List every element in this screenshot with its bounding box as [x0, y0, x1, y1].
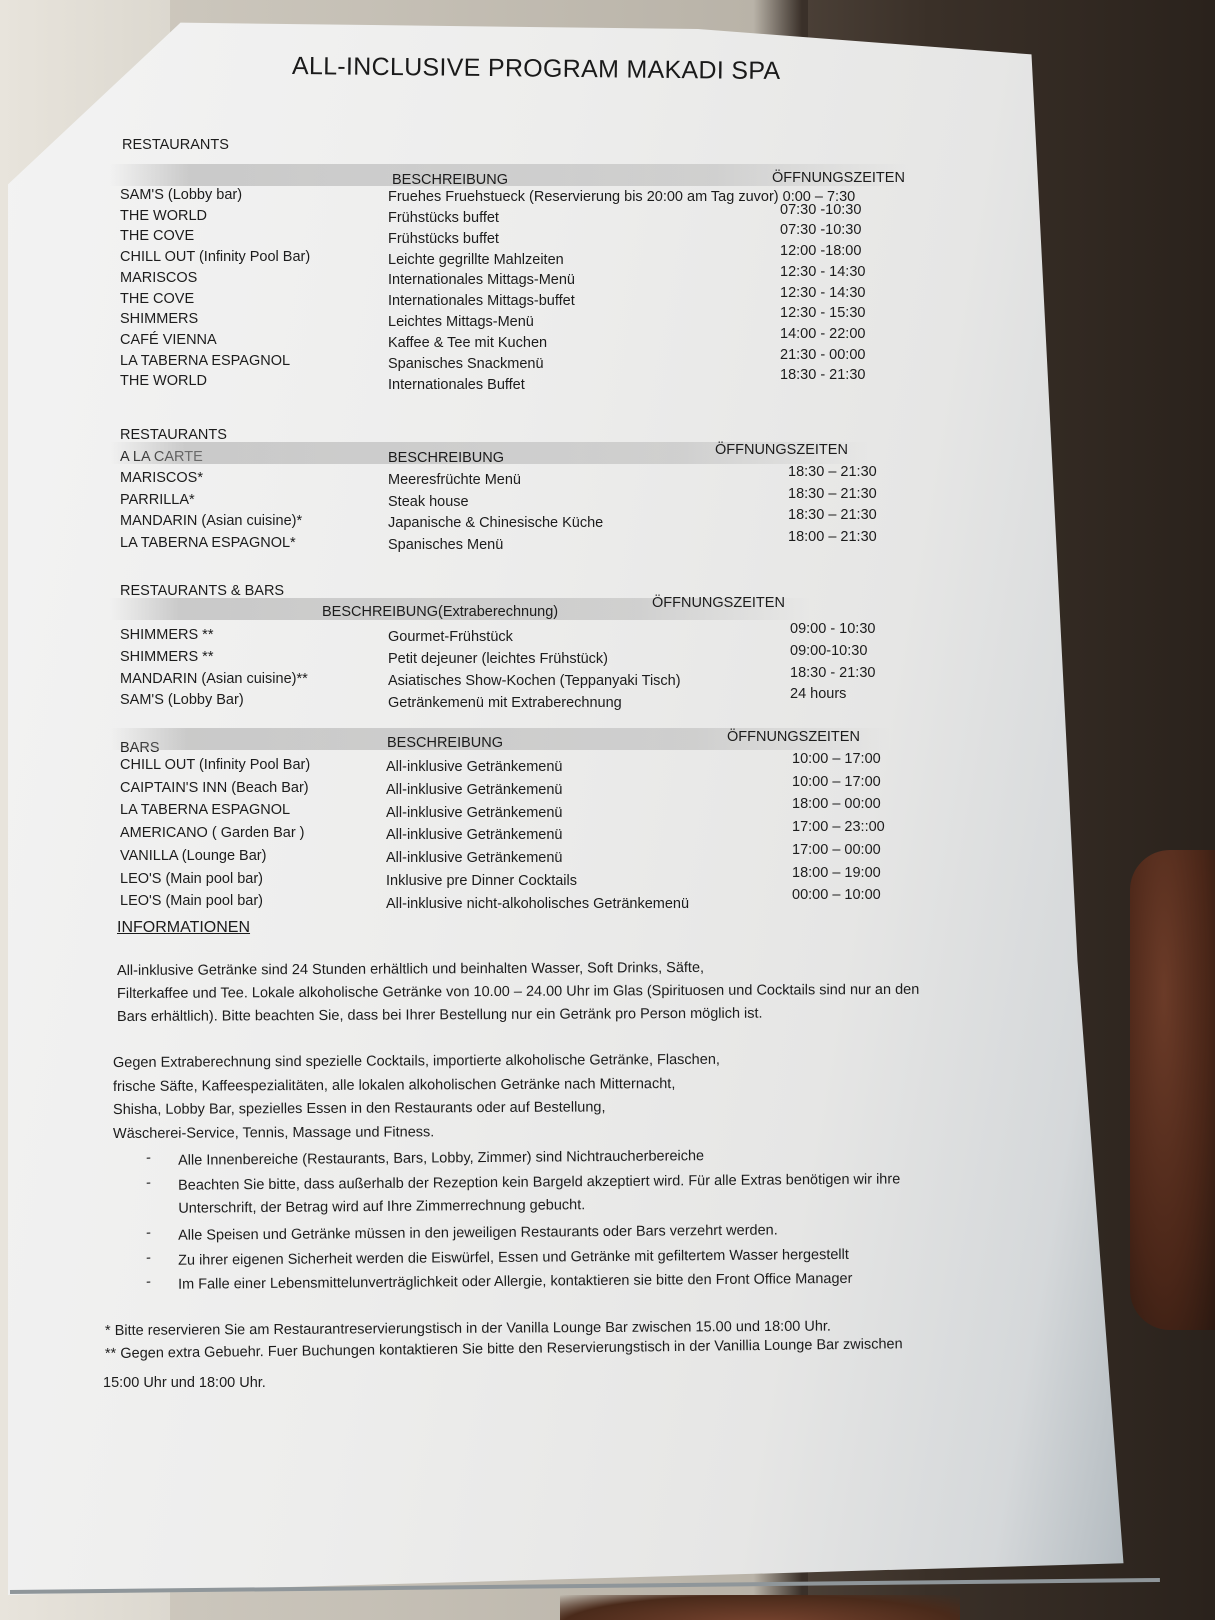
- venue-description: Spanisches Snackmenü: [388, 356, 544, 372]
- venue-description: All-inklusive nicht-alkoholisches Geträn…: [386, 896, 689, 912]
- opening-hours: 17:00 – 23::00: [792, 819, 885, 835]
- venue-description: Inklusive pre Dinner Cocktails: [386, 873, 577, 889]
- venue-description: Leichte gegrillte Mahlzeiten: [388, 252, 564, 268]
- venue-description: Japanische & Chinesische Küche: [388, 515, 603, 531]
- venue-name: LEO'S (Main pool bar): [120, 893, 263, 909]
- document-title: ALL-INCLUSIVE PROGRAM MAKADI SPA: [292, 52, 781, 86]
- opening-hours: 14:00 - 22:00: [780, 326, 865, 342]
- table-row: PARRILLA*Steak house18:30 – 21:30: [0, 492, 1215, 512]
- table-row: THE WORLDFrühstücks buffet07:30 -10:30: [0, 208, 1215, 228]
- text-line: Bars erhältlich). Bitte beachten Sie, da…: [117, 1003, 763, 1029]
- opening-hours: 09:00-10:30: [790, 643, 867, 659]
- table-row: SAM'S (Lobby bar)Fruehes Fruehstueck (Re…: [0, 187, 1215, 207]
- bullet-text: Unterschrift, der Betrag wird auf Ihre Z…: [178, 1194, 585, 1221]
- document: ALL-INCLUSIVE PROGRAM MAKADI SPA RESTAUR…: [0, 0, 1215, 1620]
- section-1-col-hours: ÖFFNUNGSZEITEN: [772, 170, 905, 186]
- opening-hours: 18:30 – 21:30: [788, 464, 877, 480]
- bullet-text: Im Falle einer Lebensmittelunverträglich…: [178, 1268, 853, 1297]
- text-line: frische Säfte, Kaffeespezialitäten, alle…: [113, 1073, 675, 1099]
- opening-hours: 00:00 – 10:00: [792, 887, 881, 903]
- section-4-col-hours: ÖFFNUNGSZEITEN: [727, 729, 860, 745]
- opening-hours: 10:00 – 17:00: [792, 751, 881, 767]
- opening-hours: 12:30 - 14:30: [780, 285, 865, 301]
- venue-description: Leichtes Mittags-Menü: [388, 314, 534, 330]
- table-row: VANILLA (Lounge Bar)All-inklusive Geträn…: [0, 848, 1215, 868]
- table-row: LEO'S (Main pool bar)All-inklusive nicht…: [0, 893, 1215, 913]
- opening-hours: 12:30 - 15:30: [780, 305, 865, 321]
- table-row: AMERICANO ( Garden Bar )All-inklusive Ge…: [0, 825, 1215, 845]
- table-row: LA TABERNA ESPAGNOLAll-inklusive Getränk…: [0, 802, 1215, 822]
- venue-description: Gourmet-Frühstück: [388, 629, 513, 645]
- venue-name: MANDARIN (Asian cuisine)*: [120, 513, 302, 529]
- text-line: Filterkaffee und Tee. Lokale alkoholisch…: [117, 979, 919, 1006]
- opening-hours: 18:00 – 00:00: [792, 796, 881, 812]
- venue-description: Frühstücks buffet: [388, 231, 499, 247]
- venue-description: All-inklusive Getränkemenü: [386, 805, 563, 821]
- section-3-label: RESTAURANTS & BARS: [120, 583, 284, 599]
- text-line: Wäscherei-Service, Tennis, Massage und F…: [113, 1121, 434, 1146]
- venue-description: Internationales Mittags-buffet: [388, 293, 575, 309]
- venue-description: All-inklusive Getränkemenü: [386, 759, 563, 775]
- venue-description: All-inklusive Getränkemenü: [386, 827, 563, 843]
- table-row: LA TABERNA ESPAGNOLSpanisches Snackmenü2…: [0, 353, 1215, 373]
- opening-hours: 18:00 – 21:30: [788, 529, 877, 545]
- venue-description: Spanisches Menü: [388, 537, 503, 553]
- venue-description: Kaffee & Tee mit Kuchen: [388, 335, 547, 351]
- table-row: MANDARIN (Asian cuisine)**Asiatisches Sh…: [0, 671, 1215, 691]
- opening-hours: 18:30 - 21:30: [790, 665, 875, 681]
- venue-description: Petit dejeuner (leichtes Frühstück): [388, 651, 608, 667]
- opening-hours: 21:30 - 00:00: [780, 347, 865, 363]
- information-heading: INFORMATIONEN: [117, 919, 250, 937]
- section-3-col-desc: BESCHREIBUNG(Extraberechnung): [322, 604, 558, 620]
- venue-description: Internationales Mittags-Menü: [388, 272, 575, 288]
- venue-description: All-inklusive Getränkemenü: [386, 850, 563, 866]
- section-1-col-desc: BESCHREIBUNG: [392, 172, 508, 188]
- bullet-text: Alle Speisen und Getränke müssen in den …: [178, 1219, 778, 1247]
- venue-name: CHILL OUT (Infinity Pool Bar): [120, 249, 310, 265]
- text-line: Shisha, Lobby Bar, spezielles Essen in d…: [113, 1096, 606, 1122]
- opening-hours: 07:30 -10:30: [780, 202, 861, 218]
- venue-description: Frühstücks buffet: [388, 210, 499, 226]
- table-row: MANDARIN (Asian cuisine)*Japanische & Ch…: [0, 513, 1215, 533]
- opening-hours: 18:30 – 21:30: [788, 507, 877, 523]
- opening-hours: 18:00 – 19:00: [792, 865, 881, 881]
- table-row: MARISCOS*Meeresfrüchte Menü18:30 – 21:30: [0, 470, 1215, 490]
- opening-hours: 17:00 – 00:00: [792, 842, 881, 858]
- venue-name: SAM'S (Lobby Bar): [120, 692, 244, 708]
- section-2-col-desc: BESCHREIBUNG: [388, 450, 504, 466]
- table-row: CAIPTAIN'S INN (Beach Bar)All-inklusive …: [0, 780, 1215, 800]
- text-line: All-inklusive Getränke sind 24 Stunden e…: [117, 957, 704, 983]
- section-1-label: RESTAURANTS: [122, 137, 229, 153]
- venue-name: THE COVE: [120, 228, 194, 244]
- venue-name: THE WORLD: [120, 208, 207, 224]
- table-row: SAM'S (Lobby Bar)Getränkemenü mit Extrab…: [0, 692, 1215, 712]
- bullet-text: Alle Innenbereiche (Restaurants, Bars, L…: [178, 1145, 704, 1173]
- opening-hours: 18:30 – 21:30: [788, 486, 877, 502]
- bullet-dash: -: [146, 1274, 151, 1290]
- venue-name: SHIMMERS: [120, 311, 198, 327]
- venue-description: All-inklusive Getränkemenü: [386, 782, 563, 798]
- venue-name: AMERICANO ( Garden Bar ): [120, 825, 305, 841]
- table-row: THE COVEInternationales Mittags-buffet12…: [0, 291, 1215, 311]
- section-2-label: RESTAURANTS: [120, 427, 227, 443]
- section-4-col-desc: BESCHREIBUNG: [387, 735, 503, 751]
- venue-name: LA TABERNA ESPAGNOL: [120, 353, 290, 369]
- venue-name: CAFÉ VIENNA: [120, 332, 217, 348]
- venue-description: Internationales Buffet: [388, 377, 525, 393]
- venue-description: Getränkemenü mit Extraberechnung: [388, 695, 622, 711]
- table-row: LA TABERNA ESPAGNOL*Spanisches Menü18:00…: [0, 535, 1215, 555]
- opening-hours: 12:00 -18:00: [780, 243, 861, 259]
- table-row: SHIMMERS **Gourmet-Frühstück09:00 - 10:3…: [0, 627, 1215, 647]
- venue-name: THE COVE: [120, 291, 194, 307]
- footnote: 15:00 Uhr und 18:00 Uhr.: [103, 1372, 266, 1395]
- venue-name: PARRILLA*: [120, 492, 195, 508]
- venue-description: Steak house: [388, 494, 469, 510]
- section-3-col-hours: ÖFFNUNGSZEITEN: [652, 595, 785, 611]
- table-row: CAFÉ VIENNAKaffee & Tee mit Kuchen14:00 …: [0, 332, 1215, 352]
- venue-name: SHIMMERS **: [120, 627, 213, 643]
- table-row: LEO'S (Main pool bar)Inklusive pre Dinne…: [0, 871, 1215, 891]
- bullet-dash: -: [146, 1150, 151, 1166]
- table-row: MARISCOSInternationales Mittags-Menü12:3…: [0, 270, 1215, 290]
- venue-name: LA TABERNA ESPAGNOL: [120, 802, 290, 818]
- table-row: CHILL OUT (Infinity Pool Bar)All-inklusi…: [0, 757, 1215, 777]
- venue-name: LEO'S (Main pool bar): [120, 871, 263, 887]
- section-2-col-hours: ÖFFNUNGSZEITEN: [715, 442, 848, 458]
- venue-name: MARISCOS: [120, 270, 197, 286]
- table-row: THE COVEFrühstücks buffet07:30 -10:30: [0, 228, 1215, 248]
- venue-name: MANDARIN (Asian cuisine)**: [120, 671, 308, 687]
- table-row: CHILL OUT (Infinity Pool Bar)Leichte geg…: [0, 249, 1215, 269]
- opening-hours: 24 hours: [790, 686, 846, 702]
- opening-hours: 09:00 - 10:30: [790, 621, 875, 637]
- venue-name: VANILLA (Lounge Bar): [120, 848, 266, 864]
- opening-hours: 07:30 -10:30: [780, 222, 861, 238]
- table-row: SHIMMERSLeichtes Mittags-Menü12:30 - 15:…: [0, 311, 1215, 331]
- venue-name: CHILL OUT (Infinity Pool Bar): [120, 757, 310, 773]
- text-line: Gegen Extraberechnung sind spezielle Coc…: [113, 1049, 720, 1075]
- venue-name: LA TABERNA ESPAGNOL*: [120, 535, 296, 551]
- bullet-dash: -: [146, 1250, 151, 1266]
- venue-name: THE WORLD: [120, 373, 207, 389]
- venue-description: Asiatisches Show-Kochen (Teppanyaki Tisc…: [388, 673, 681, 689]
- table-row: THE WORLDInternationales Buffet18:30 - 2…: [0, 373, 1215, 393]
- bullet-text: Beachten Sie bitte, dass außerhalb der R…: [178, 1168, 900, 1197]
- opening-hours: 12:30 - 14:30: [780, 264, 865, 280]
- opening-hours: 18:30 - 21:30: [780, 367, 865, 383]
- venue-name: CAIPTAIN'S INN (Beach Bar): [120, 780, 309, 796]
- venue-name: SAM'S (Lobby bar): [120, 187, 242, 203]
- table-row: SHIMMERS **Petit dejeuner (leichtes Früh…: [0, 649, 1215, 669]
- venue-name: SHIMMERS **: [120, 649, 213, 665]
- bullet-dash: -: [146, 1225, 151, 1241]
- venue-name: MARISCOS*: [120, 470, 203, 486]
- opening-hours: 10:00 – 17:00: [792, 774, 881, 790]
- venue-description: Meeresfrüchte Menü: [388, 472, 521, 488]
- bullet-dash: -: [146, 1175, 151, 1191]
